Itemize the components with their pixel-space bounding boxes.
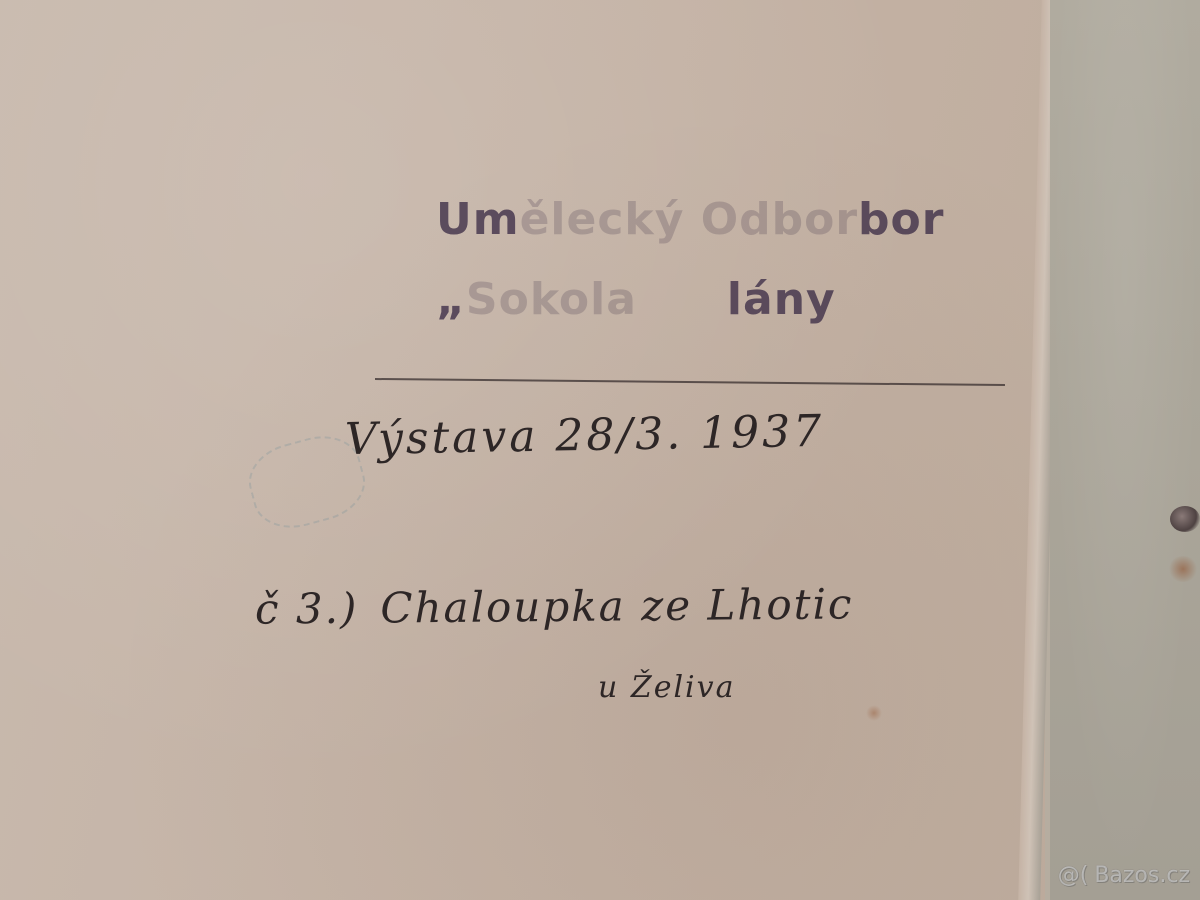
rust-spot — [1168, 556, 1198, 582]
exhibition-date: Výstava 28/3. 1937 — [345, 406, 825, 465]
stamp-line-1: Umělecký Odborbor — [436, 190, 976, 250]
at-icon: @( — [1058, 863, 1089, 888]
rubber-stamp: Umělecký Odborbor „Sokolalány — [436, 190, 976, 330]
nail-head — [1170, 506, 1200, 532]
item-location: u Želiva — [598, 670, 735, 705]
site-watermark: @( Bazos.cz — [1058, 863, 1190, 888]
item-number: č 3.) — [255, 584, 359, 634]
watermark-text: Bazos.cz — [1094, 863, 1190, 888]
frame-backing-board — [1050, 0, 1200, 900]
stamp-line-2: „Sokolalány — [436, 270, 976, 330]
rust-spot-small — [866, 705, 882, 721]
item-entry: č 3.)Chaloupka ze Lhotic — [255, 579, 854, 633]
item-title: Chaloupka ze Lhotic — [380, 579, 854, 632]
